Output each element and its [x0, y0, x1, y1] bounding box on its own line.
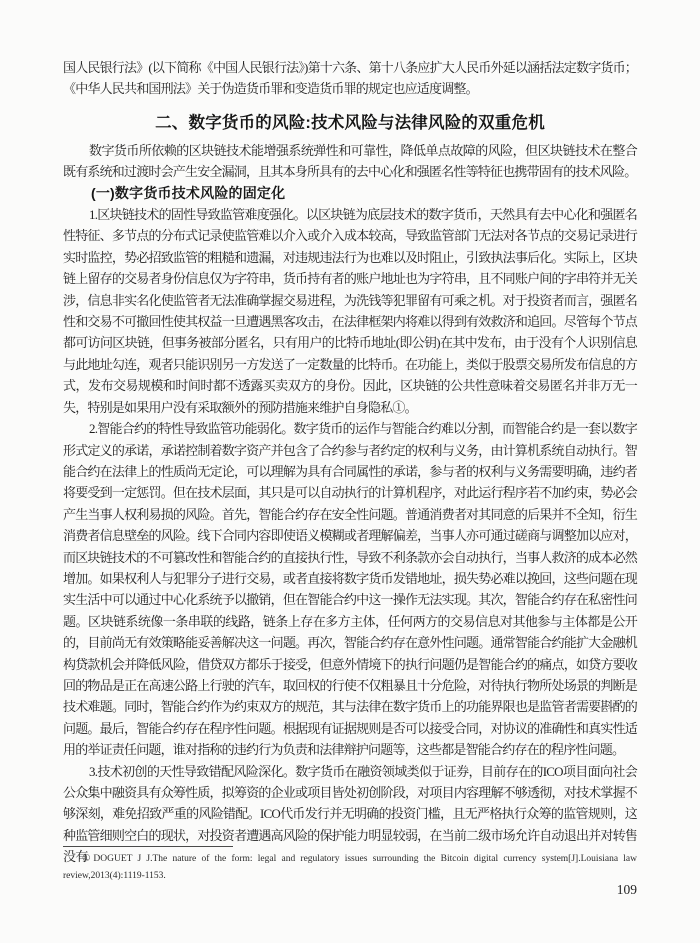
section-heading: 二、数字货币的风险:技术风险与法律风险的双重危机	[63, 110, 637, 136]
footnote-separator	[63, 846, 233, 847]
document-page: 国人民银行法》(以下简称《中国人民银行法》)第十六条、第十八条应扩大人民币外延以…	[0, 0, 700, 943]
footnote-text: ①DOGUET J J.The nature of the form: lega…	[63, 851, 637, 884]
section-intro: 数字货币所依赖的区块链技术能增强系统弹性和可靠性，降低单点故障的风险，但区块链技…	[63, 140, 637, 183]
subsection-heading: (一)数字货币技术风险的固定化	[63, 183, 637, 204]
footnote-area: ①DOGUET J J.The nature of the form: lega…	[63, 846, 637, 884]
continuation-text: 国人民银行法》(以下简称《中国人民银行法》)第十六条、第十八条应扩大人民币外延以…	[63, 57, 637, 100]
paragraph-blockchain-rigidity: 1.区块链技术的固性导致监管难度强化。以区块链为底层技术的数字货币，天然具有去中…	[63, 204, 637, 418]
paragraph-smart-contract: 2.智能合约的特性导致监管功能弱化。数字货币的运作与智能合约难以分割，而智能合约…	[63, 418, 637, 761]
page-number: 109	[617, 882, 637, 898]
